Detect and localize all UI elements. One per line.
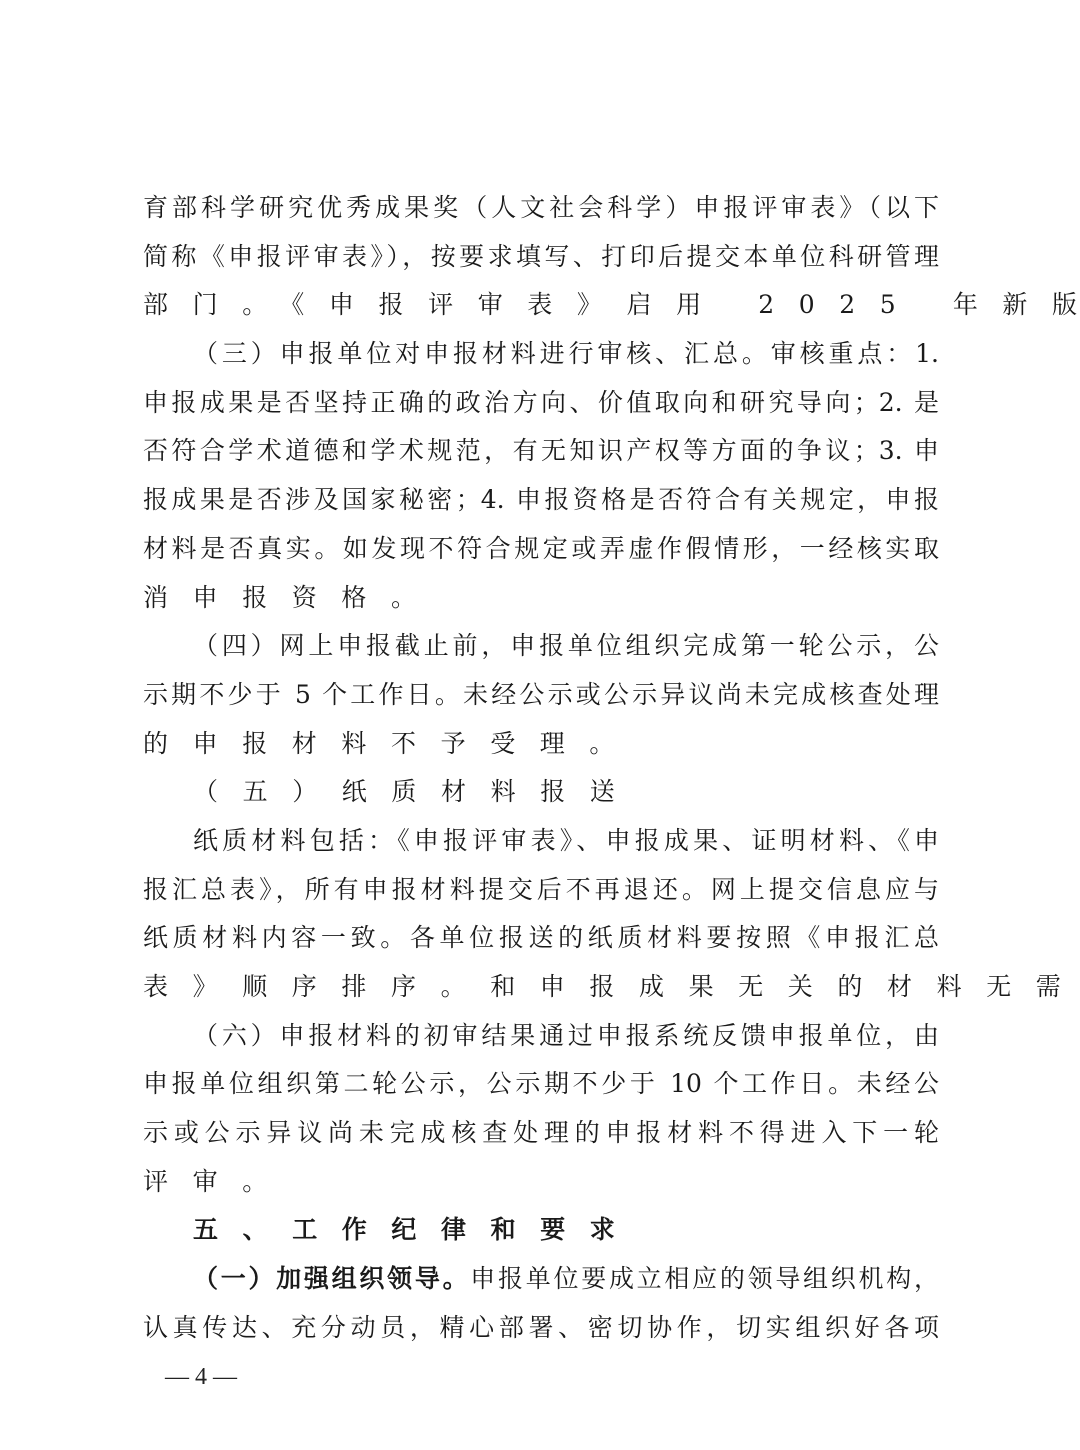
text-line: （四）网上申报截止前，申报单位组织完成第一轮公示，公	[143, 622, 939, 671]
text-line: 申报成果是否坚持正确的政治方向、价值取向和研究导向；2. 是	[143, 379, 939, 428]
text-line: 材料是否真实。如发现不符合规定或弄虚作假情形，一经核实取	[143, 525, 939, 574]
paragraph-application-form: 育部科学研究优秀成果奖（人文社会科学）申报评审表》（以下 简称《申报评审表》），…	[143, 184, 939, 330]
section-5-heading: 五、工作纪律和要求	[143, 1206, 939, 1255]
paragraph-item-5-body: 纸质材料包括：《申报评审表》、申报成果、证明材料、《申 报汇总表》，所有申报材料…	[143, 817, 939, 1012]
paragraph-5-1-leadership: （一）加强组织领导。申报单位要成立相应的领导组织机构， 认真传达、充分动员，精心…	[143, 1255, 939, 1352]
text-line: 的申报材料不予受理。	[143, 720, 939, 769]
paragraph-item-6-second-publicity: （六）申报材料的初审结果通过申报系统反馈申报单位，由 申报单位组织第二轮公示，公…	[143, 1012, 939, 1207]
text-line: 报汇总表》，所有申报材料提交后不再退还。网上提交信息应与	[143, 866, 939, 915]
document-body: 育部科学研究优秀成果奖（人文社会科学）申报评审表》（以下 简称《申报评审表》），…	[143, 184, 939, 1353]
document-page: 育部科学研究优秀成果奖（人文社会科学）申报评审表》（以下 简称《申报评审表》），…	[0, 0, 1080, 1450]
paragraph-item-4-first-publicity: （四）网上申报截止前，申报单位组织完成第一轮公示，公 示期不少于 5 个工作日。…	[143, 622, 939, 768]
text-line: 纸质材料包括：《申报评审表》、申报成果、证明材料、《申	[143, 817, 939, 866]
text-line: 纸质材料内容一致。各单位报送的纸质材料要按照《申报汇总	[143, 914, 939, 963]
section-heading: 五、工作纪律和要求	[143, 1206, 939, 1255]
text-line: 简称《申报评审表》），按要求填写、打印后提交本单位科研管理	[143, 233, 939, 282]
text-line: 表》顺序排序。和申报成果无关的材料无需提供。	[143, 963, 939, 1012]
text-line: 育部科学研究优秀成果奖（人文社会科学）申报评审表》（以下	[143, 184, 939, 233]
text-line: 消申报资格。	[143, 574, 939, 623]
text-line: 示或公示异议尚未完成核查处理的申报材料不得进入下一轮	[143, 1109, 939, 1158]
paragraph-item-5-heading: （五）纸质材料报送	[143, 768, 939, 817]
page-number: — 4 —	[165, 1362, 237, 1392]
subheading-paper-materials: （五）纸质材料报送	[143, 768, 939, 817]
text-line: （三）申报单位对申报材料进行审核、汇总。审核重点：1.	[143, 330, 939, 379]
text-line: 评审。	[143, 1158, 939, 1207]
text-line: 部门。《申报评审表》启用 2025 年新版本，以前版本无效。	[143, 281, 939, 330]
text-line: 申报单位组织第二轮公示，公示期不少于 10 个工作日。未经公	[143, 1060, 939, 1109]
text-run: 申报单位要成立相应的领导组织机构，	[470, 1264, 939, 1293]
bold-lead-text: （一）加强组织领导。	[193, 1264, 470, 1293]
text-line: 认真传达、充分动员，精心部署、密切协作，切实组织好各项	[143, 1304, 939, 1353]
text-line: （一）加强组织领导。申报单位要成立相应的领导组织机构，	[143, 1255, 939, 1304]
text-line: （六）申报材料的初审结果通过申报系统反馈申报单位，由	[143, 1012, 939, 1061]
text-line: 否符合学术道德和学术规范，有无知识产权等方面的争议；3. 申	[143, 427, 939, 476]
paragraph-item-3-review: （三）申报单位对申报材料进行审核、汇总。审核重点：1. 申报成果是否坚持正确的政…	[143, 330, 939, 622]
text-line: 示期不少于 5 个工作日。未经公示或公示异议尚未完成核查处理	[143, 671, 939, 720]
text-line: 报成果是否涉及国家秘密；4. 申报资格是否符合有关规定，申报	[143, 476, 939, 525]
